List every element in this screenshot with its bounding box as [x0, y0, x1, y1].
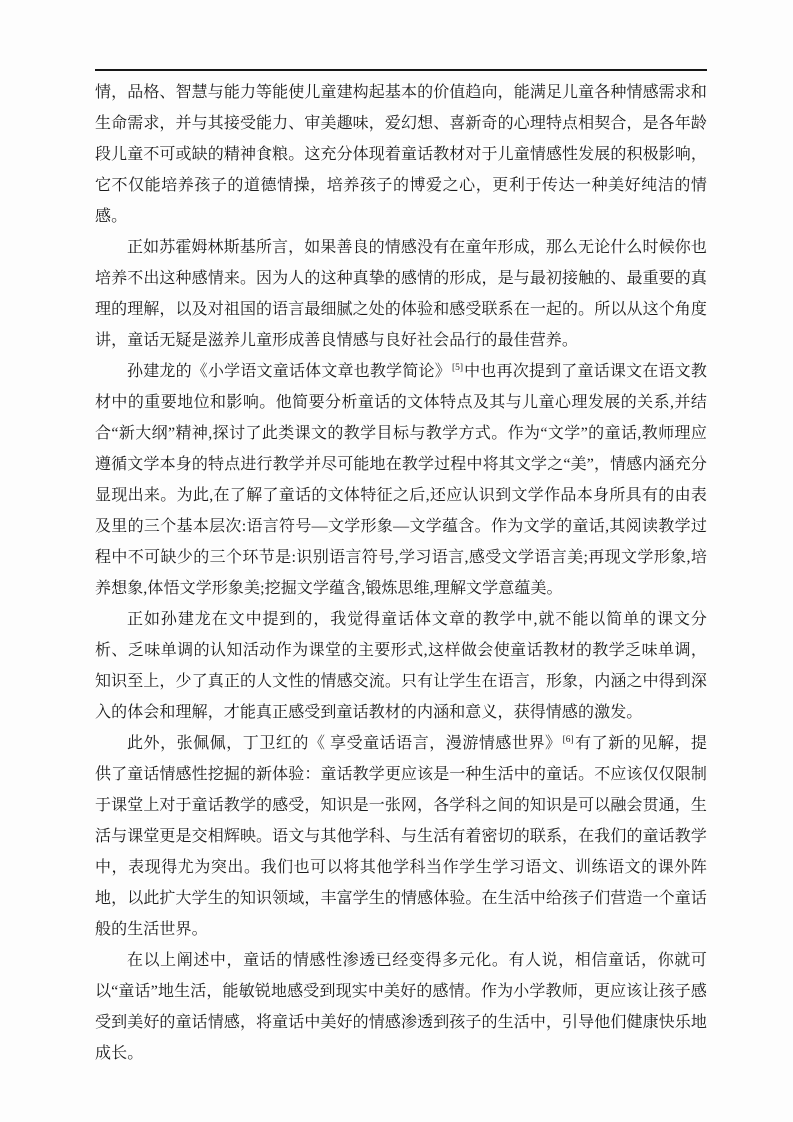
paragraph-text: 中也再次提到了童话课文在语文教材中的重要地位和影响。他简要分析童话的文体特点及其…: [95, 363, 707, 597]
paragraph-text: 在以上阐述中，童话的情感性渗透已经变得多元化。有人说，相信童话，你就可以“童话”…: [95, 952, 707, 1062]
paragraph: 情，品格、智慧与能力等能使儿童建构起基本的价值趋向，能满足儿童各种情感需求和生命…: [95, 77, 707, 232]
document-page: 情，品格、智慧与能力等能使儿童建构起基本的价值趋向，能满足儿童各种情感需求和生命…: [0, 0, 793, 1122]
citation-ref: [5]: [451, 363, 464, 373]
header-rule: [95, 69, 707, 71]
citation-ref: [6]: [562, 735, 575, 745]
page-content: 情，品格、智慧与能力等能使儿童建构起基本的价值趋向，能满足儿童各种情感需求和生命…: [95, 69, 707, 1069]
paragraph-text: 正如苏霍姆林斯基所言，如果善良的情感没有在童年形成，那么无论什么时候你也培养不出…: [95, 239, 707, 349]
paragraph-text: 此外，张佩佩，丁卫红的《 享受童话语言，漫游情感世界》: [127, 735, 562, 752]
document-body: 情，品格、智慧与能力等能使儿童建构起基本的价值趋向，能满足儿童各种情感需求和生命…: [95, 77, 707, 1069]
paragraph: 此外，张佩佩，丁卫红的《 享受童话语言，漫游情感世界》[6]有了新的见解，提供了…: [95, 728, 707, 945]
paragraph: 正如苏霍姆林斯基所言，如果善良的情感没有在童年形成，那么无论什么时候你也培养不出…: [95, 232, 707, 356]
paragraph: 孙建龙的《小学语文童话体文章也教学简论》[5]中也再次提到了童话课文在语文教材中…: [95, 356, 707, 604]
paragraph: 正如孙建龙在文中提到的，我觉得童话体文章的教学中,就不能以简单的课文分析、乏味单…: [95, 604, 707, 728]
paragraph: 在以上阐述中，童话的情感性渗透已经变得多元化。有人说，相信童话，你就可以“童话”…: [95, 945, 707, 1069]
paragraph-text: 孙建龙的《小学语文童话体文章也教学简论》: [127, 363, 451, 380]
paragraph-text: 有了新的见解，提供了童话情感性挖掘的新体验：童话教学更应该是一种生活中的童话。不…: [95, 735, 707, 938]
paragraph-text: 正如孙建龙在文中提到的，我觉得童话体文章的教学中,就不能以简单的课文分析、乏味单…: [95, 611, 707, 721]
paragraph-text: 情，品格、智慧与能力等能使儿童建构起基本的价值趋向，能满足儿童各种情感需求和生命…: [95, 84, 707, 225]
